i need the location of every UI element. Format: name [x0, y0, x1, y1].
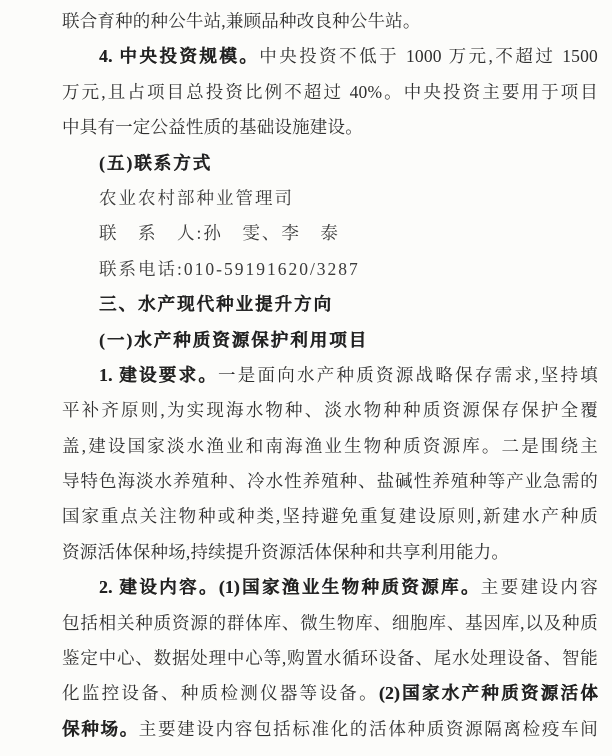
para-construction-content-line5: 保种场。主要建设内容包括标准化的活体种质资源隔离检疫车间: [62, 712, 598, 747]
text-segment: 国家重点关注物种或种类,坚持避免重复建设原则,新建水产种质: [62, 506, 598, 526]
para-construction-requirements-line2: 平补齐原则,为实现海水物种、淡水物种种质资源保存保护全覆: [62, 393, 598, 428]
text-segment: 资源活体保种场,持续提升资源活体保种和共享利用能力。: [62, 542, 509, 562]
para-construction-requirements-line1: 1. 建设要求。一是面向水产种质资源战略保存需求,坚持填: [62, 358, 598, 393]
para-central-investment-line2: 万元,且占项目总投资比例不超过 40%。中央投资主要用于项目: [62, 75, 598, 110]
text-segment: 鉴定中心、数据处理中心等,购置水循环设备、尾水处理设备、智能: [62, 648, 598, 668]
text-segment-bold: 三、水产现代种业提升方向: [99, 294, 333, 314]
text-segment: 盖,建设国家淡水渔业和南海渔业生物种质资源库。二是围绕主: [62, 436, 598, 456]
text-segment: 一是面向水产种质资源战略保存需求,坚持填: [218, 365, 598, 385]
contact-department: 农业农村部种业管理司: [62, 181, 598, 216]
text-segment: 联合育种的种公牛站,兼顾品种改良种公牛站。: [62, 11, 421, 31]
text-segment: 主要建设内容: [481, 577, 598, 597]
document-page: 联合育种的种公牛站,兼顾品种改良种公牛站。4. 中央投资规模。中央投资不低于 1…: [0, 0, 612, 756]
heading-section-three-aquatic-seed: 三、水产现代种业提升方向: [62, 287, 598, 322]
contact-phone: 联系电话:010-59191620/3287: [62, 252, 598, 287]
text-segment: 联系电话:010-59191620/3287: [99, 259, 360, 279]
text-segment: 导特色海淡水养殖种、冷水性养殖种、盐碱性养殖种等产业急需的: [62, 471, 598, 491]
contact-person: 联 系 人:孙 雯、李 泰: [62, 216, 598, 251]
para-construction-requirements-line3: 盖,建设国家淡水渔业和南海渔业生物种质资源库。二是围绕主: [62, 429, 598, 464]
text-segment: 平补齐原则,为实现海水物种、淡水物种种质资源保存保护全覆: [62, 400, 598, 420]
para-breeding-stations-continuation: 联合育种的种公牛站,兼顾品种改良种公牛站。: [62, 4, 598, 39]
text-segment: 中具有一定公益性质的基础设施建设。: [62, 117, 363, 137]
document-body: 联合育种的种公牛站,兼顾品种改良种公牛站。4. 中央投资规模。中央投资不低于 1…: [62, 4, 598, 747]
text-segment-bold: (五)联系方式: [99, 153, 212, 173]
para-construction-content-line3: 鉴定中心、数据处理中心等,购置水循环设备、尾水处理设备、智能: [62, 641, 598, 676]
text-segment-bold: 保种场。: [62, 719, 139, 739]
para-central-investment-line1: 4. 中央投资规模。中央投资不低于 1000 万元,不超过 1500: [62, 39, 598, 74]
text-segment-bold: (一)水产种质资源保护利用项目: [99, 330, 368, 350]
text-segment: 中央投资不低于 1000 万元,不超过 1500: [259, 46, 598, 66]
text-segment-bold: 1. 建设要求。: [99, 365, 218, 385]
heading-contact-info: (五)联系方式: [62, 146, 598, 181]
para-construction-content-line4: 化监控设备、种质检测仪器等设备。(2)国家水产种质资源活体: [62, 676, 598, 711]
text-segment-bold: (2)国家水产种质资源活体: [379, 683, 598, 703]
text-segment: 主要建设内容包括标准化的活体种质资源隔离检疫车间: [139, 719, 598, 739]
para-construction-requirements-line6: 资源活体保种场,持续提升资源活体保种和共享利用能力。: [62, 535, 598, 570]
text-segment: 化监控设备、种质检测仪器等设备。: [62, 683, 379, 703]
text-segment: 包括相关种质资源的群体库、微生物库、细胞库、基因库,以及种质: [62, 613, 598, 633]
text-segment-bold: 2. 建设内容。(1)国家渔业生物种质资源库。: [99, 577, 481, 597]
para-central-investment-line3: 中具有一定公益性质的基础设施建设。: [62, 110, 598, 145]
text-segment: 万元,且占项目总投资比例不超过 40%。中央投资主要用于项目: [62, 82, 598, 102]
text-segment: 农业农村部种业管理司: [99, 188, 294, 208]
text-segment: 联 系 人:孙 雯、李 泰: [99, 223, 340, 243]
para-construction-requirements-line5: 国家重点关注物种或种类,坚持避免重复建设原则,新建水产种质: [62, 499, 598, 534]
para-construction-content-line1: 2. 建设内容。(1)国家渔业生物种质资源库。主要建设内容: [62, 570, 598, 605]
text-segment-bold: 4. 中央投资规模。: [99, 46, 259, 66]
para-construction-content-line2: 包括相关种质资源的群体库、微生物库、细胞库、基因库,以及种质: [62, 606, 598, 641]
heading-subsection-one-germplasm-project: (一)水产种质资源保护利用项目: [62, 323, 598, 358]
para-construction-requirements-line4: 导特色海淡水养殖种、冷水性养殖种、盐碱性养殖种等产业急需的: [62, 464, 598, 499]
